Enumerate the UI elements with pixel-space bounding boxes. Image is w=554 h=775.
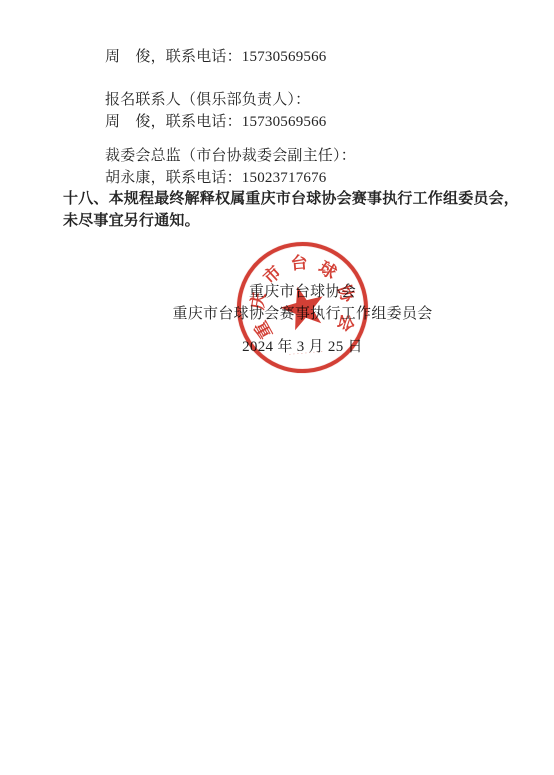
contact-phone-line: 周 俊，联系电话：15730569566 [63, 47, 533, 69]
signature-org-primary: 重庆市台球协会 [50, 281, 554, 303]
document-body: 周 俊，联系电话：15730569566 报名联系人（俱乐部负责人）： 周 俊，… [63, 47, 533, 232]
signature-org-secondary: 重庆市台球协会赛事执行工作组委员会 [50, 303, 554, 325]
seal-arc-char: 球 [315, 253, 343, 283]
final-clause-line2: 未尽事宜另行通知。 [63, 211, 533, 233]
registration-contact-phone: 周 俊，联系电话：15730569566 [63, 112, 533, 134]
signature-date: 2024 年 3 月 25 日 [50, 336, 554, 358]
seal-arc-char: 台 [289, 248, 308, 274]
signature-block: 重庆市台球协会 重庆市台球协会赛事执行工作组委员会 2024 年 3 月 25 … [50, 281, 554, 358]
registration-contact-heading: 报名联系人（俱乐部负责人）： [63, 90, 533, 112]
document-page: 周 俊，联系电话：15730569566 报名联系人（俱乐部负责人）： 周 俊，… [0, 0, 554, 775]
referee-director-phone: 胡永康，联系电话：15023717676 [63, 168, 533, 190]
referee-director-heading: 裁委会总监（市台协裁委会副主任）： [63, 146, 533, 168]
final-clause-line1: 十八、本规程最终解释权属重庆市台球协会赛事执行工作组委员会， [63, 189, 533, 211]
